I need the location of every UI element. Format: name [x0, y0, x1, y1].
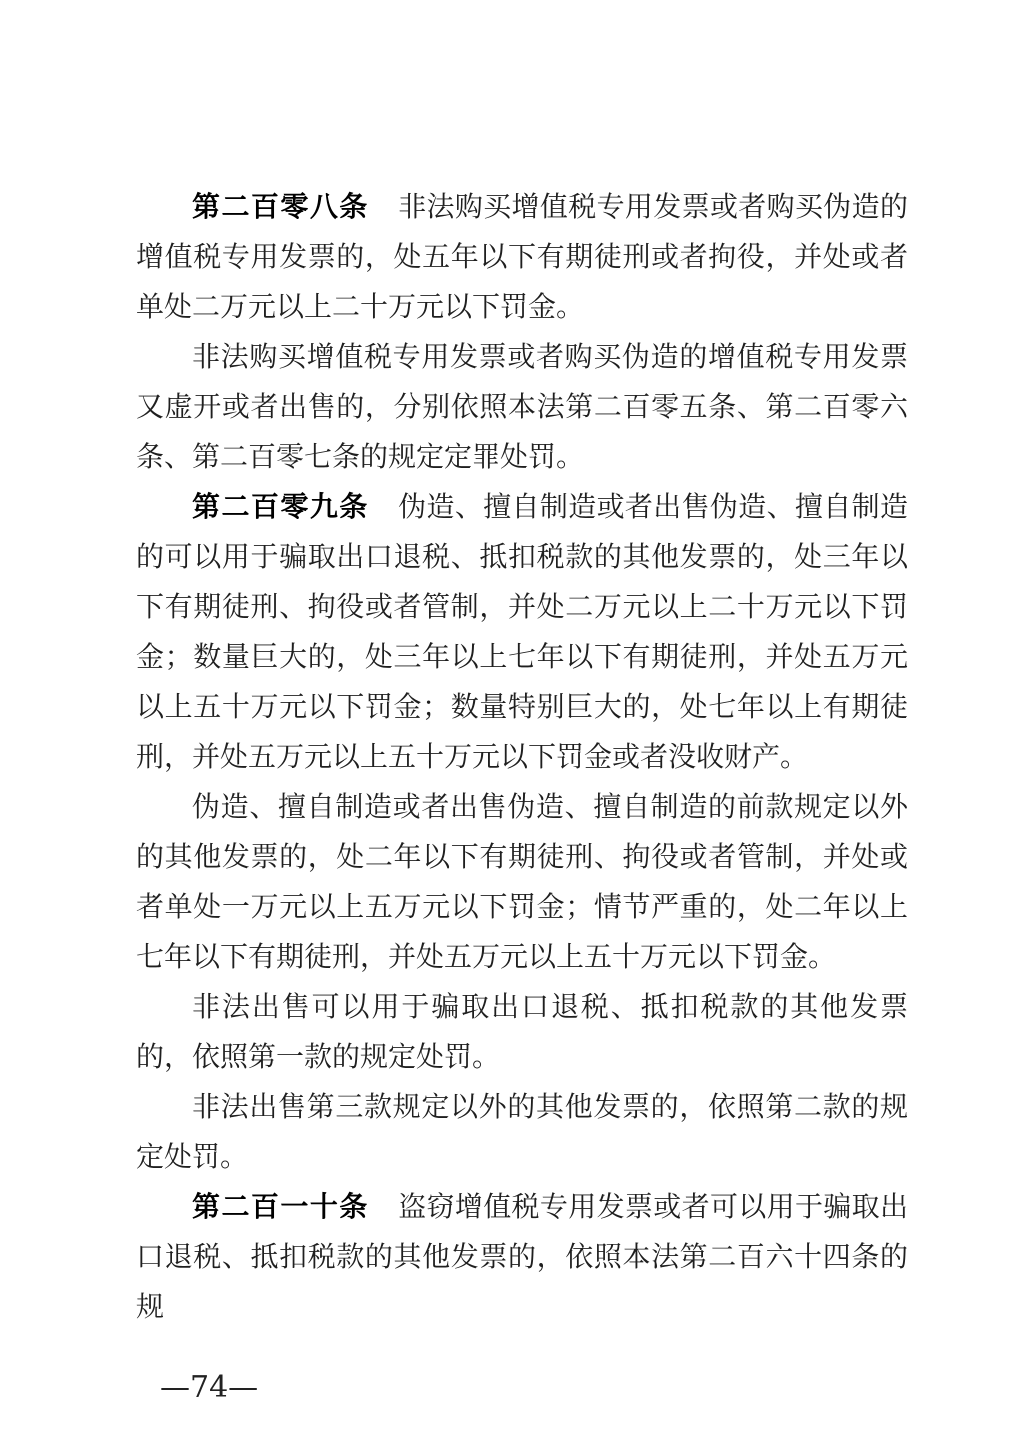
paragraph-text: 非法购买增值税专用发票或者购买伪造的增值税专用发票又虚开或者出售的，分别依照本法… — [136, 340, 908, 473]
page-footer: —74— — [160, 1368, 258, 1408]
paragraph: 第二百零九条 伪造、擅自制造或者出售伪造、擅自制造的可以用于骗取出口退税、抵扣税… — [136, 482, 908, 782]
article-number: 第二百零九条 — [192, 490, 369, 523]
paragraph: 第二百一十条 盗窃增值税专用发票或者可以用于骗取出口退税、抵扣税款的其他发票的，… — [136, 1182, 908, 1332]
article-number: 第二百零八条 — [192, 190, 369, 223]
paragraph: 非法购买增值税专用发票或者购买伪造的增值税专用发票又虚开或者出售的，分别依照本法… — [136, 332, 908, 482]
paragraph: 第二百零八条 非法购买增值税专用发票或者购买伪造的增值税专用发票的，处五年以下有… — [136, 182, 908, 332]
paragraph-text: 伪造、擅自制造或者出售伪造、擅自制造的可以用于骗取出口退税、抵扣税款的其他发票的… — [136, 490, 908, 773]
paragraph-text: 非法出售可以用于骗取出口退税、抵扣税款的其他发票的，依照第一款的规定处罚。 — [136, 990, 908, 1073]
paragraph: 非法出售可以用于骗取出口退税、抵扣税款的其他发票的，依照第一款的规定处罚。 — [136, 982, 908, 1082]
paragraph: 非法出售第三款规定以外的其他发票的，依照第二款的规定处罚。 — [136, 1082, 908, 1182]
document-body: 第二百零八条 非法购买增值税专用发票或者购买伪造的增值税专用发票的，处五年以下有… — [136, 182, 908, 1332]
page-number: —74— — [160, 1370, 258, 1405]
paragraph: 伪造、擅自制造或者出售伪造、擅自制造的前款规定以外的其他发票的，处二年以下有期徒… — [136, 782, 908, 982]
paragraph-text: 非法出售第三款规定以外的其他发票的，依照第二款的规定处罚。 — [136, 1090, 908, 1173]
article-number: 第二百一十条 — [192, 1190, 369, 1223]
paragraph-text: 伪造、擅自制造或者出售伪造、擅自制造的前款规定以外的其他发票的，处二年以下有期徒… — [136, 790, 908, 973]
